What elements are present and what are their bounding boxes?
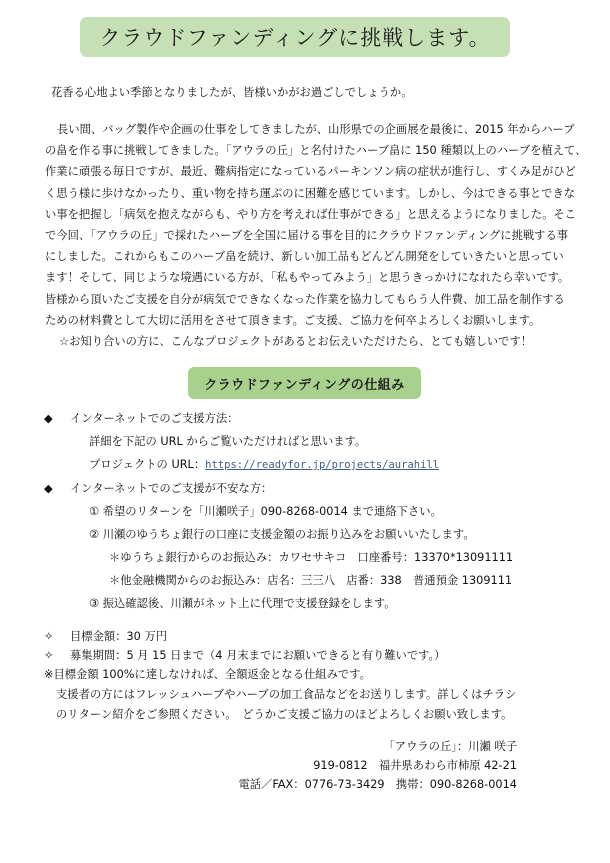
target-amount: 目標金額：30 万円: [70, 630, 167, 643]
sparkle-bullet-icon: ✧: [44, 630, 70, 643]
online-heading-row: ◆インターネットでのご支援方法：: [44, 410, 238, 426]
target-amount-row: ✧目標金額：30 万円: [44, 628, 167, 644]
greeting-text: 花香る心地よい季節となりましたが、皆様いかがお過ごしでしょうか。: [51, 84, 413, 100]
body-line: 作業に頑張る毎日ですが、最近、難病指定になっているパーキンソン病の症状が進行し、…: [45, 161, 567, 182]
title-banner: クラウドファンディングに挑戦します。: [80, 17, 510, 57]
flyer-page: クラウドファンディングに挑戦します。 花香る心地よい季節となりましたが、皆様いか…: [0, 0, 610, 863]
body-line: の畠を作る事に挑戦してきました。「アウラの丘」と名付けたハーブ畠に 150 種類…: [45, 140, 567, 161]
page-title: クラウドファンディングに挑戦します。: [99, 22, 490, 52]
period-row: ✧募集期間：5 月 15 日まで（4 月末までにお願いできると有り難いです。）: [44, 647, 445, 663]
body-line: く思う様に歩けなかったり、重い物を持ち運ぶのに困難を感じています。しかし、今はで…: [45, 183, 567, 204]
offline-heading-row: ◆インターネットでのご支援が不安な方：: [44, 480, 272, 496]
diamond-bullet-icon: ◆: [44, 412, 70, 425]
contact-address: 919-0812 福井県あわら市柿原 42-21: [313, 757, 517, 773]
step-1: ① 希望のリターンを「川瀬咲子」090-8268-0014 まで連絡下さい。: [89, 503, 442, 519]
section-title: クラウドファンディングの仕組み: [204, 374, 405, 393]
bank-note-other: ＊他金融機関からのお振込み：店名：三三八 店番：338 普通預金 1309111: [109, 572, 512, 588]
url-label: プロジェクトの URL：: [89, 458, 205, 471]
offline-heading: インターネットでのご支援が不安な方：: [70, 482, 272, 495]
sparkle-bullet-icon: ✧: [44, 649, 70, 662]
body-paragraph: 長い間、バッグ製作や企画の仕事をしてきましたが、山形県での企画展を最後に、201…: [45, 119, 567, 352]
returns-text-2: のリターン紹介をご参照ください。 どうかご支援ご協力のほどよろしくお願い致します…: [56, 706, 512, 722]
contact-phone: 電話／FAX：0776-73-3429 携帯：090-8268-0014: [238, 776, 517, 792]
online-detail: 詳細を下記の URL からご覧いただければと思います。: [89, 433, 366, 449]
body-line: で今回、「アウラの丘」で採れたハーブを全国に届ける事を目的にクラウドファンディン…: [45, 225, 567, 246]
online-heading: インターネットでのご支援方法：: [70, 412, 238, 425]
contact-name: 「アウラの丘」：川瀬 咲子: [383, 738, 517, 754]
body-line: 長い間、バッグ製作や企画の仕事をしてきましたが、山形県での企画展を最後に、201…: [45, 119, 567, 140]
body-line: にしました。これからもこのハーブ畠を続け、新しい加工品もどんどん開発をしていきた…: [45, 246, 567, 267]
all-or-nothing-note: ※目標金額 100%に達しなければ、全額返金となる仕組みです。: [44, 666, 371, 682]
step-3: ③ 振込確認後、川瀬がネット上に代理で支援登録をします。: [89, 595, 396, 611]
body-line: い事を把握し「病気を抱えながらも、やり方を考えれば仕事ができる」と思えるようにな…: [45, 204, 567, 225]
returns-text-1: 支援者の方にはフレッシュハーブやハーブの加工食品などをお送りします。詳しくはチラ…: [56, 686, 516, 702]
recruitment-period: 募集期間：5 月 15 日まで（4 月末までにお願いできると有り難いです。）: [70, 649, 445, 662]
project-url-link[interactable]: https://readyfor.jp/projects/aurahill: [205, 459, 439, 471]
body-line: ための材料費として大切に活用をさせて頂きます。ご支援、ご協力を何卒よろしくお願い…: [45, 310, 567, 331]
body-line: 皆様から頂いたご支援を自分が病気でできなくなった作業を協力してもらう人件費、加工…: [45, 289, 567, 310]
project-url-row: プロジェクトの URL：https://readyfor.jp/projects…: [89, 456, 439, 472]
share-request-line: ☆お知り合いの方に、こんなプロジェクトがあるとお伝えいただけたら、とても嬉しいで…: [45, 331, 567, 352]
diamond-bullet-icon: ◆: [44, 482, 70, 495]
step-2: ② 川瀬のゆうちょ銀行の口座に支援金額のお振り込みをお願いいたします。: [89, 526, 475, 542]
bank-note-yucho: ＊ゆうちょ銀行からのお振込み：カワセサキコ 口座番号：13370*1309111…: [109, 549, 513, 565]
body-line: ます！そして、同じような境遇にいる方が、「私もやってみよう」と思うきっかけになれ…: [45, 267, 567, 288]
section-banner: クラウドファンディングの仕組み: [188, 367, 421, 399]
